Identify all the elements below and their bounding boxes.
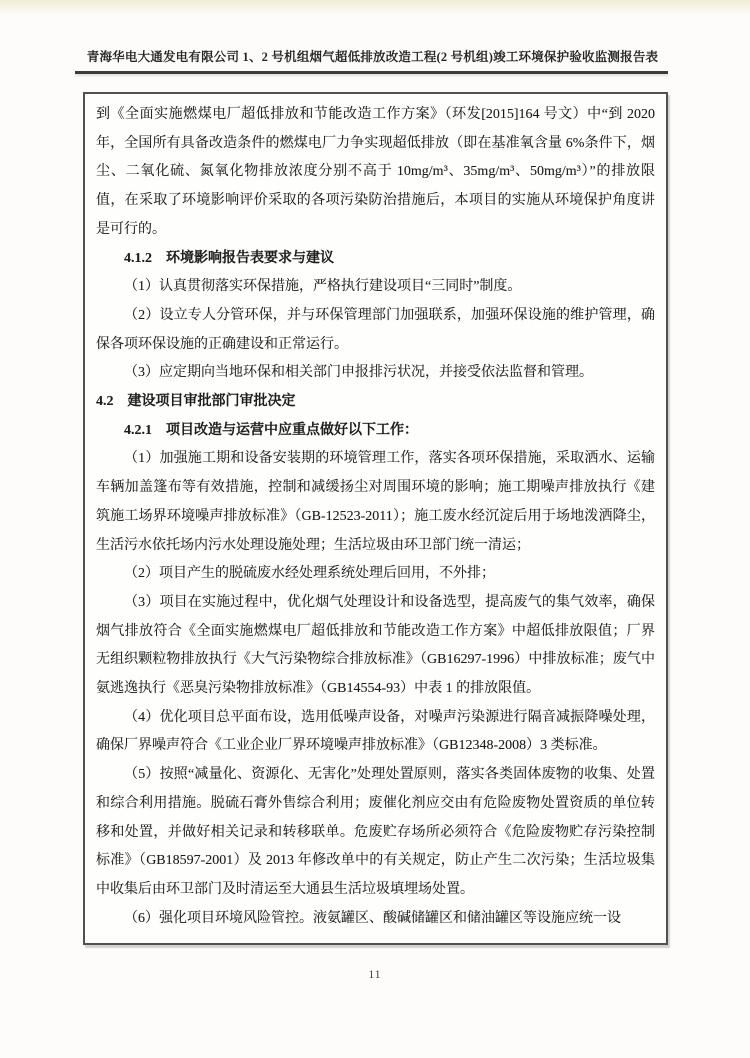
paragraph: 4.2.1 项目改造与运营中应重点做好以下工作：	[96, 417, 655, 446]
paragraph: （1）认真贯彻落实环保措施，严格执行建设项目“三同时”制度。	[96, 273, 655, 302]
paragraph: （5）按照“减量化、资源化、无害化”处理处置原则，落实各类固体废物的收集、处置和…	[96, 761, 655, 905]
paragraph: （3）项目在实施过程中，优化烟气处理设计和设备选型，提高废气的集气效率，确保烟气…	[96, 589, 655, 704]
header-title: 青海华电大通发电有限公司 1、2 号机组烟气超低排放改造工程(2 号机组)竣工环…	[75, 47, 670, 65]
paragraph: 4.2 建设项目审批部门审批决定	[96, 388, 655, 417]
paragraph: （1）加强施工期和设备安装期的环境管理工作，落实各项环保措施，采取洒水、运输车辆…	[96, 445, 655, 560]
paragraph: 4.1.2 环境影响报告表要求与建议	[96, 245, 655, 274]
paragraph: （4）优化项目总平面布设，选用低噪声设备，对噪声污染源进行隔音减振降噪处理，确保…	[96, 704, 655, 761]
paragraph: （2）项目产生的脱硫废水经处理系统处理后回用，不外排；	[96, 560, 655, 589]
paragraph: （2）设立专人分管环保，并与环保管理部门加强联系，加强环保设施的维护管理，确保各…	[96, 302, 655, 359]
content-box: 到《全面实施燃煤电厂超低排放和节能改造工作方案》（环发[2015]164 号文）…	[83, 92, 668, 945]
scan-top-tint	[0, 0, 750, 16]
paragraph: （3）应定期向当地环保和相关部门申报排污状况，并接受依法监督和管理。	[96, 359, 655, 388]
paragraph: （6）强化项目环境风险管控。液氨罐区、酸碱储罐区和储油罐区等设施应统一设	[96, 905, 655, 934]
header-rule	[75, 71, 668, 74]
page-number: 11	[0, 969, 750, 981]
paragraph: 到《全面实施燃煤电厂超低排放和节能改造工作方案》（环发[2015]164 号文）…	[96, 101, 655, 245]
